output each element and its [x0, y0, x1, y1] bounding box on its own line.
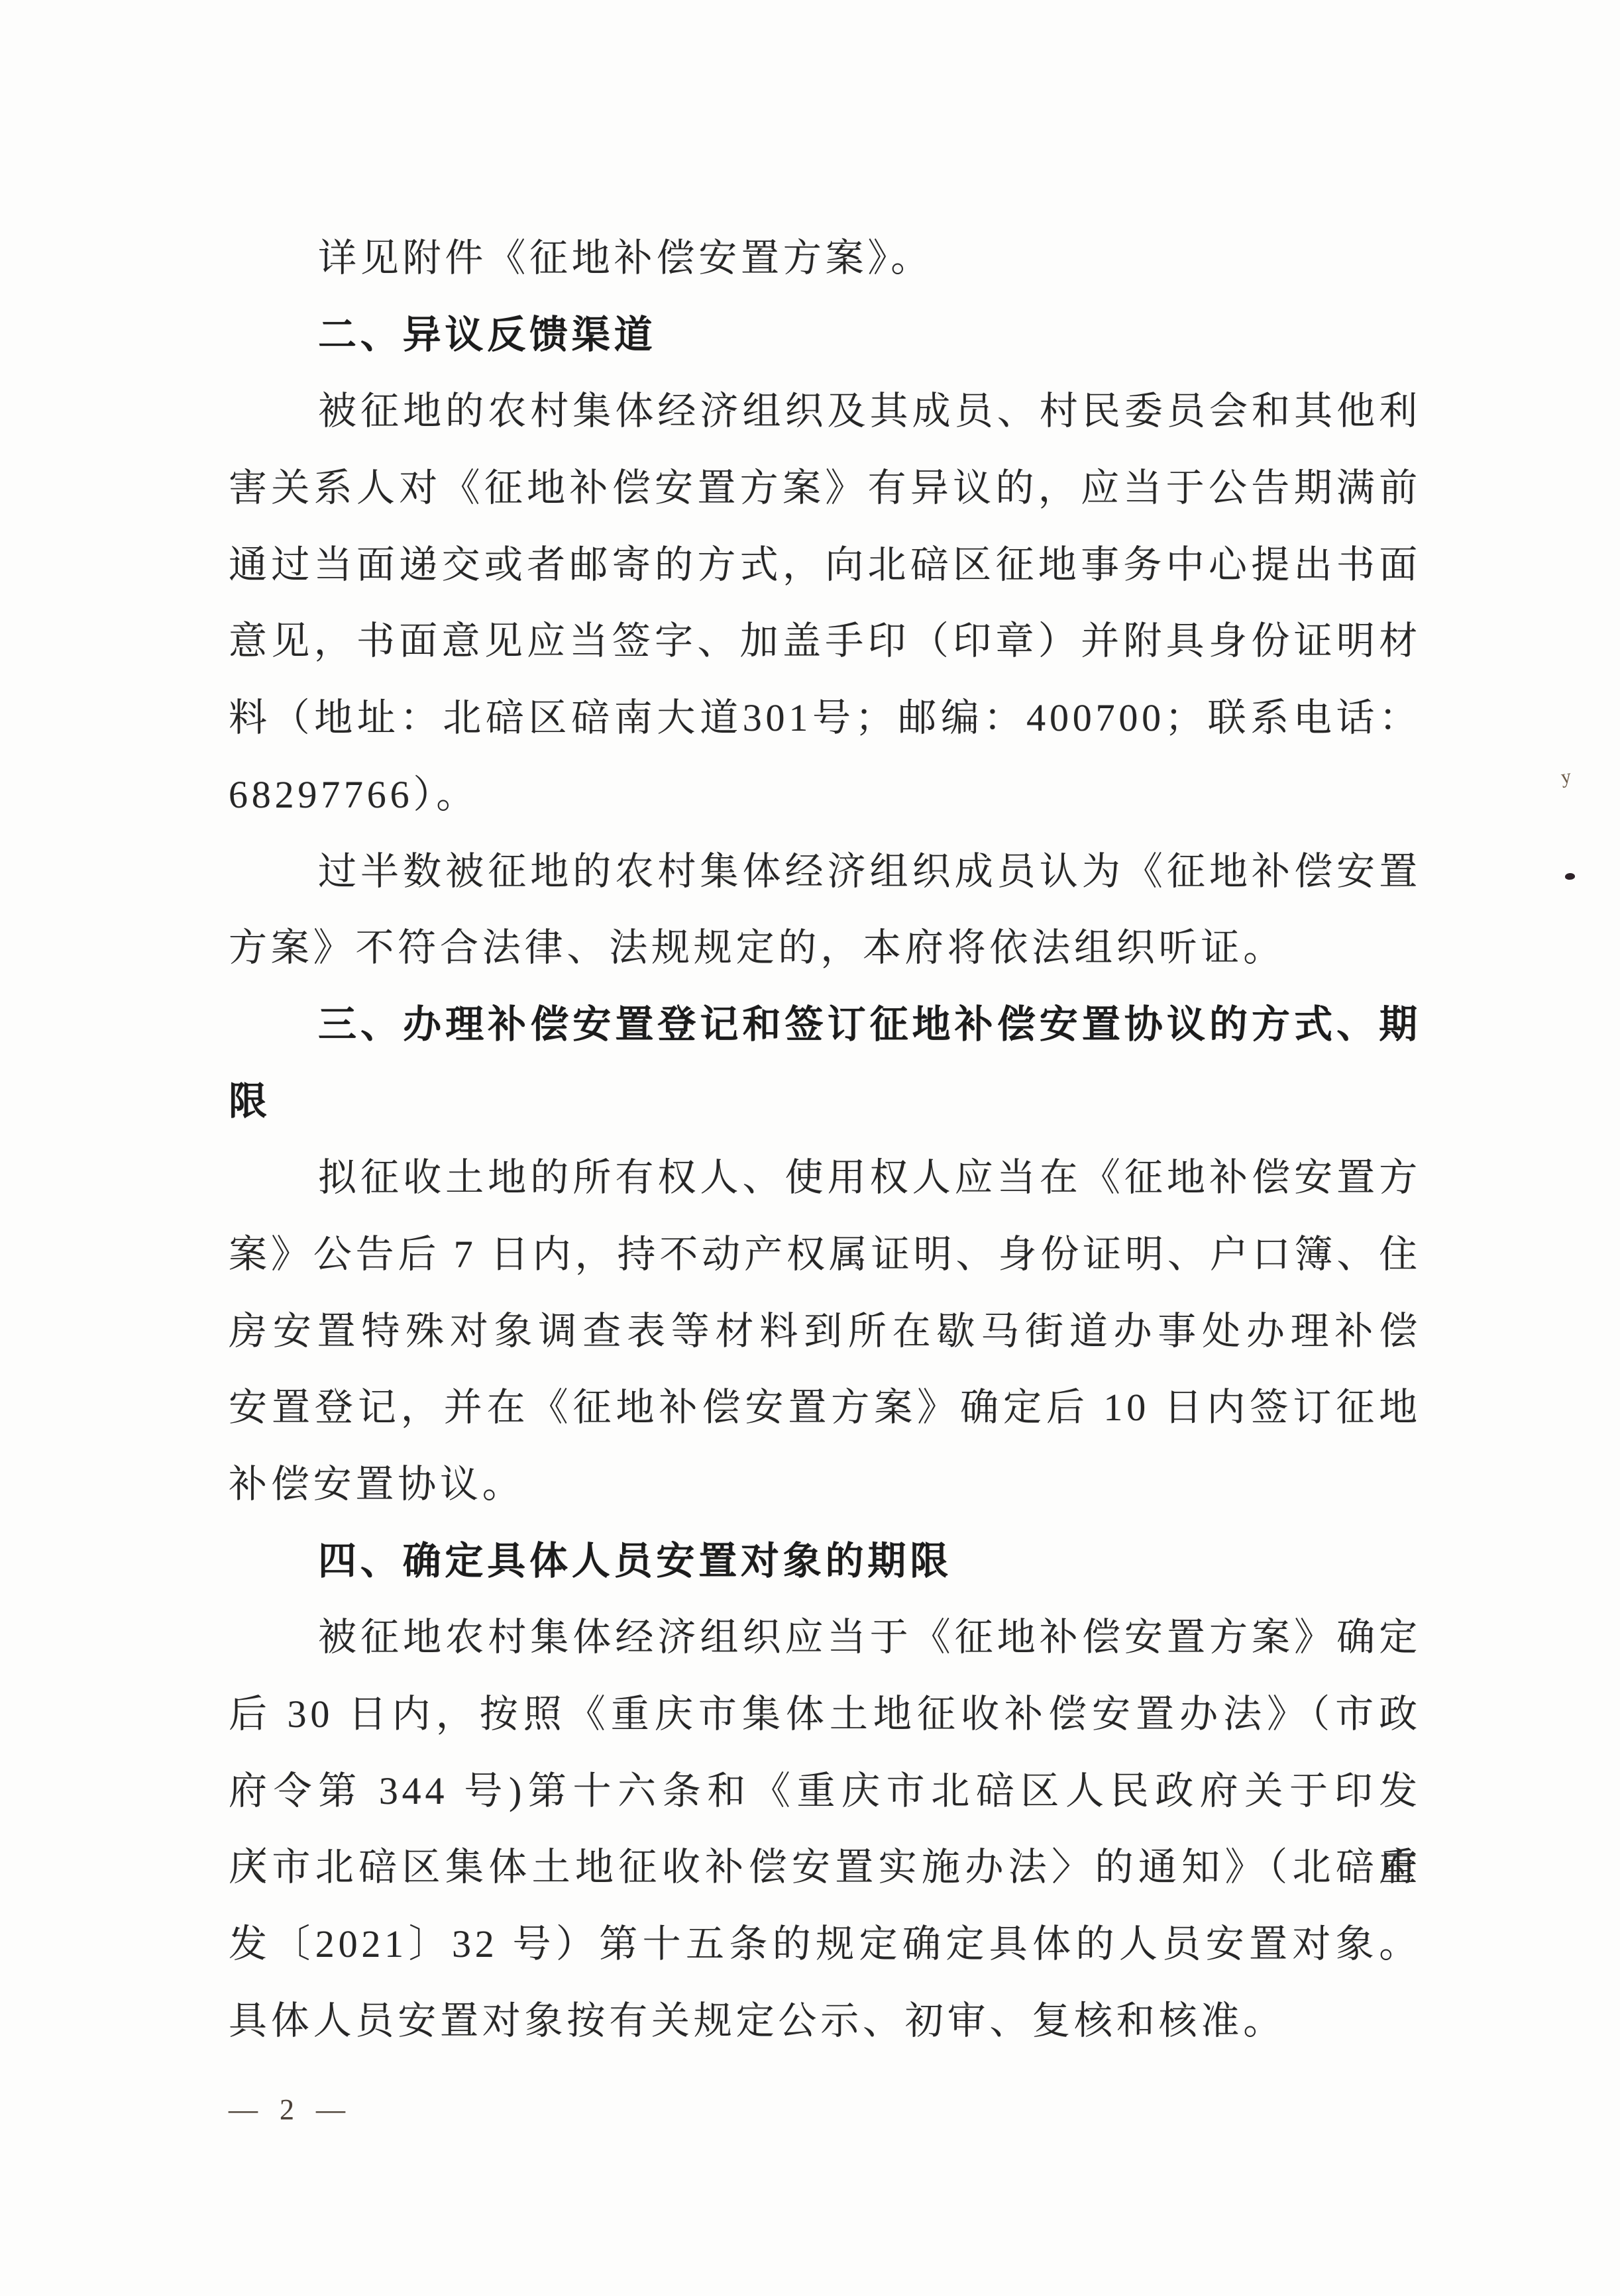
- text-line: 发〔2021〕32 号）第十五条的规定确定具体的人员安置对象。: [229, 1906, 1421, 1983]
- text-line: 详见附件《征地补偿安置方案》。: [229, 220, 1421, 297]
- section-heading: 二、异议反馈渠道: [229, 297, 1421, 374]
- page-number: — 2 —: [229, 2090, 345, 2130]
- text-line: 方案》不符合法律、法规规定的，本府将依法组织听证。: [229, 910, 1421, 986]
- text-line: 通过当面递交或者邮寄的方式，向北碚区征地事务中心提出书面: [229, 527, 1421, 603]
- text-line: 庆市北碚区集体土地征收补偿安置实施办法〉的通知》（北碚府: [229, 1829, 1421, 1906]
- scanned-document-page: 详见附件《征地补偿安置方案》。 二、异议反馈渠道 被征地的农村集体经济组织及其成…: [0, 0, 1620, 2296]
- text-line: 府令第 344 号)第十六条和《重庆市北碚区人民政府关于印发〈重: [229, 1753, 1421, 1830]
- text-line: 房安置特殊对象调查表等材料到所在歇马街道办事处办理补偿: [229, 1293, 1421, 1370]
- text-line: 被征地的农村集体经济组织及其成员、村民委员会和其他利: [229, 373, 1421, 450]
- text-line: 补偿安置协议。: [229, 1446, 1421, 1523]
- text-line: 害关系人对《征地补偿安置方案》有异议的，应当于公告期满前: [229, 450, 1421, 527]
- text-line: 安置登记，并在《征地补偿安置方案》确定后 10 日内签订征地: [229, 1369, 1421, 1446]
- text-line: 后 30 日内，按照《重庆市集体土地征收补偿安置办法》（市政: [229, 1676, 1421, 1753]
- text-line: 意见，书面意见应当签字、加盖手印（印章）并附具身份证明材: [229, 603, 1421, 680]
- text-line: 被征地农村集体经济组织应当于《征地补偿安置方案》确定: [229, 1599, 1421, 1676]
- text-line: 具体人员安置对象按有关规定公示、初审、复核和核准。: [229, 1983, 1421, 2060]
- text-line: 68297766）。: [229, 757, 1421, 833]
- document-body: 详见附件《征地补偿安置方案》。 二、异议反馈渠道 被征地的农村集体经济组织及其成…: [229, 220, 1421, 2060]
- stray-tick-mark: y: [1560, 766, 1572, 788]
- text-line: 拟征收土地的所有权人、使用权人应当在《征地补偿安置方: [229, 1139, 1421, 1216]
- text-line: 料（地址：北碚区碚南大道301号；邮编：400700；联系电话：: [229, 680, 1421, 757]
- section-heading: 三、办理补偿安置登记和签订征地补偿安置协议的方式、期: [229, 986, 1421, 1063]
- stray-ink-dot-mark: [1565, 872, 1576, 880]
- text-line: 过半数被征地的农村集体经济组织成员认为《征地补偿安置: [229, 833, 1421, 910]
- text-line: 案》公告后 7 日内，持不动产权属证明、身份证明、户口簿、住: [229, 1216, 1421, 1293]
- section-heading: 四、确定具体人员安置对象的期限: [229, 1523, 1421, 1600]
- section-heading-continuation: 限: [229, 1063, 1421, 1140]
